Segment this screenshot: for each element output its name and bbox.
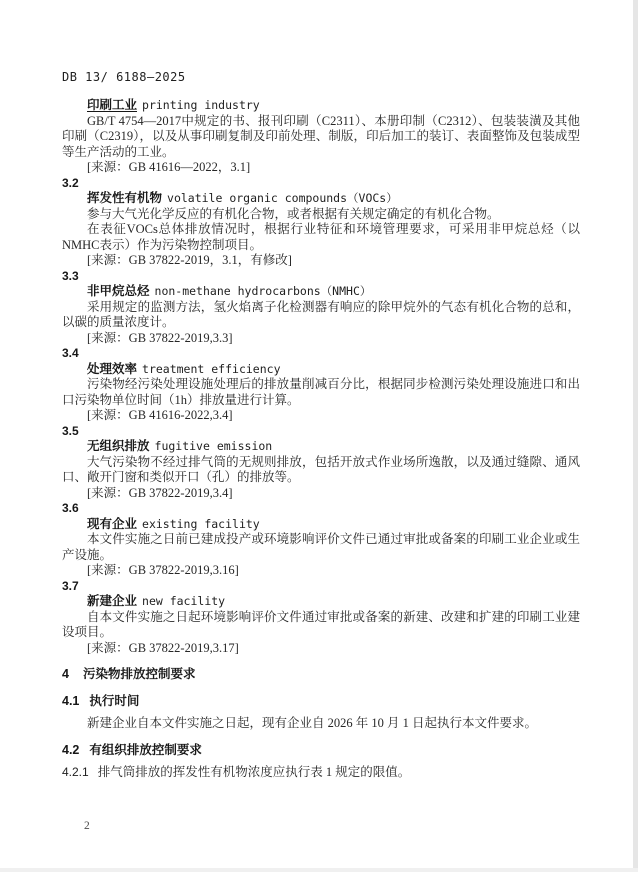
term-line: 现有企业existing facility xyxy=(62,517,580,533)
term-line: 挥发性有机物volatile organic compounds（VOCs） xyxy=(62,191,580,207)
document-page: DB 13/ 6188—2025 印刷工业printing industry G… xyxy=(62,70,580,781)
term-source: [来源：GB 37822-2019,3.3] xyxy=(62,331,580,347)
term-zh: 新建企业 xyxy=(87,594,137,608)
term-line: 新建企业new facility xyxy=(62,594,580,610)
terms-and-definitions: 印刷工业printing industry GB/T 4754—2017中规定的… xyxy=(62,98,580,656)
term-entry-printing-industry: 印刷工业printing industry GB/T 4754—2017中规定的… xyxy=(62,98,580,176)
term-zh: 现有企业 xyxy=(87,517,137,531)
subsection-number: 4.2 xyxy=(62,743,79,757)
term-source: [来源：GB 41616—2022，3.1] xyxy=(62,160,580,176)
term-definition: 污染物经污染处理设施处理后的排放量削减百分比，根据同步检测污染处理设施进口和出口… xyxy=(62,377,580,408)
term-definition: 参与大气光化学反应的有机化合物，或者根据有关规定确定的有机化合物。 xyxy=(62,207,580,223)
term-en: new facility xyxy=(142,594,225,608)
term-en: non-methane hydrocarbons（NMHC） xyxy=(155,284,372,298)
term-line: 无组织排放fugitive emission xyxy=(62,439,580,455)
subsection-number: 4.1 xyxy=(62,694,79,708)
clause-4-2-1: 4.2.1排气筒排放的挥发性有机物浓度应执行表 1 规定的限值。 xyxy=(62,765,580,781)
term-entry-new-facility: 3.7 新建企业new facility 自本文件实施之日起环境影响评价文件通过… xyxy=(62,579,580,657)
term-entry-treatment-efficiency: 3.4 处理效率treatment efficiency 污染物经污染处理设施处… xyxy=(62,346,580,424)
term-en: printing industry xyxy=(142,98,260,112)
requirements-section: 4污染物排放控制要求 4.1执行时间 新建企业自本文件实施之日起，现有企业自 2… xyxy=(62,667,580,781)
page-edge-shadow-right xyxy=(633,0,638,872)
term-en: existing facility xyxy=(142,517,260,531)
clause-number: 3.2 xyxy=(62,176,580,192)
term-line: 非甲烷总烃non-methane hydrocarbons（NMHC） xyxy=(62,284,580,300)
term-definition: 自本文件实施之日起环境影响评价文件通过审批或备案的新建、改建和扩建的印刷工业建设… xyxy=(62,610,580,641)
term-zh: 挥发性有机物 xyxy=(87,191,162,205)
term-entry-existing-facility: 3.6 现有企业existing facility 本文件实施之日前已建成投产或… xyxy=(62,501,580,579)
subsection-title: 执行时间 xyxy=(89,694,139,708)
term-entry-vocs: 3.2 挥发性有机物volatile organic compounds（VOC… xyxy=(62,176,580,269)
term-en: treatment efficiency xyxy=(142,362,280,376)
term-source: [来源：GB 37822-2019，3.1，有修改] xyxy=(62,253,580,269)
clause-number: 3.4 xyxy=(62,346,580,362)
term-zh: 无组织排放 xyxy=(87,439,150,453)
term-definition: GB/T 4754—2017中规定的书、报刊印刷（C2311）、本册印制（C23… xyxy=(62,114,580,161)
term-definition: 大气污染物不经过排气筒的无规则排放，包括开放式作业场所逸散，以及通过缝隙、通风口… xyxy=(62,455,580,486)
term-entry-nmhc: 3.3 非甲烷总烃non-methane hydrocarbons（NMHC） … xyxy=(62,269,580,347)
term-definition: 本文件实施之日前已建成投产或环境影响评价文件已通过审批或备案的印刷工业企业或生产… xyxy=(62,532,580,563)
term-entry-fugitive-emission: 3.5 无组织排放fugitive emission 大气污染物不经过排气筒的无… xyxy=(62,424,580,502)
section-heading-number: 4 xyxy=(62,667,69,681)
subsection-body: 新建企业自本文件实施之日起，现有企业自 2026 年 10 月 1 日起执行本文… xyxy=(62,716,580,732)
term-definition: 采用规定的监测方法，氢火焰离子化检测器有响应的除甲烷外的气态有机化合物的总和，以… xyxy=(62,300,580,331)
page-number: 2 xyxy=(84,820,90,832)
term-zh: 处理效率 xyxy=(87,362,137,376)
term-source: [来源：GB 37822-2019,3.17] xyxy=(62,641,580,657)
clause-number: 3.7 xyxy=(62,579,580,595)
term-source: [来源：GB 37822-2019,3.16] xyxy=(62,563,580,579)
subsection-heading-execution-time: 4.1执行时间 xyxy=(62,694,580,710)
section-heading: 4污染物排放控制要求 xyxy=(62,667,580,683)
clause-number: 4.2.1 xyxy=(62,765,89,779)
subsection-heading-organized-emission: 4.2有组织排放控制要求 xyxy=(62,743,580,759)
clause-body: 排气筒排放的挥发性有机物浓度应执行表 1 规定的限值。 xyxy=(98,765,411,779)
term-definition-note: 在表征VOCs总体排放情况时，根据行业特征和环境管理要求，可采用非甲烷总烃（以N… xyxy=(62,222,580,253)
term-source: [来源：GB 41616-2022,3.4] xyxy=(62,408,580,424)
document-code-header: DB 13/ 6188—2025 xyxy=(62,70,580,84)
term-zh: 印刷工业 xyxy=(87,98,137,112)
clause-number: 3.6 xyxy=(62,501,580,517)
section-heading-title: 污染物排放控制要求 xyxy=(83,667,196,681)
term-en: volatile organic compounds（VOCs） xyxy=(167,191,398,205)
subsection-title: 有组织排放控制要求 xyxy=(89,743,202,757)
term-source: [来源：GB 37822-2019,3.4] xyxy=(62,486,580,502)
clause-number: 3.5 xyxy=(62,424,580,440)
term-zh: 非甲烷总烃 xyxy=(87,284,150,298)
term-en: fugitive emission xyxy=(155,439,273,453)
page-edge-shadow-bottom xyxy=(0,868,638,872)
term-line: 印刷工业printing industry xyxy=(62,98,580,114)
clause-number: 3.3 xyxy=(62,269,580,285)
term-line: 处理效率treatment efficiency xyxy=(62,362,580,378)
